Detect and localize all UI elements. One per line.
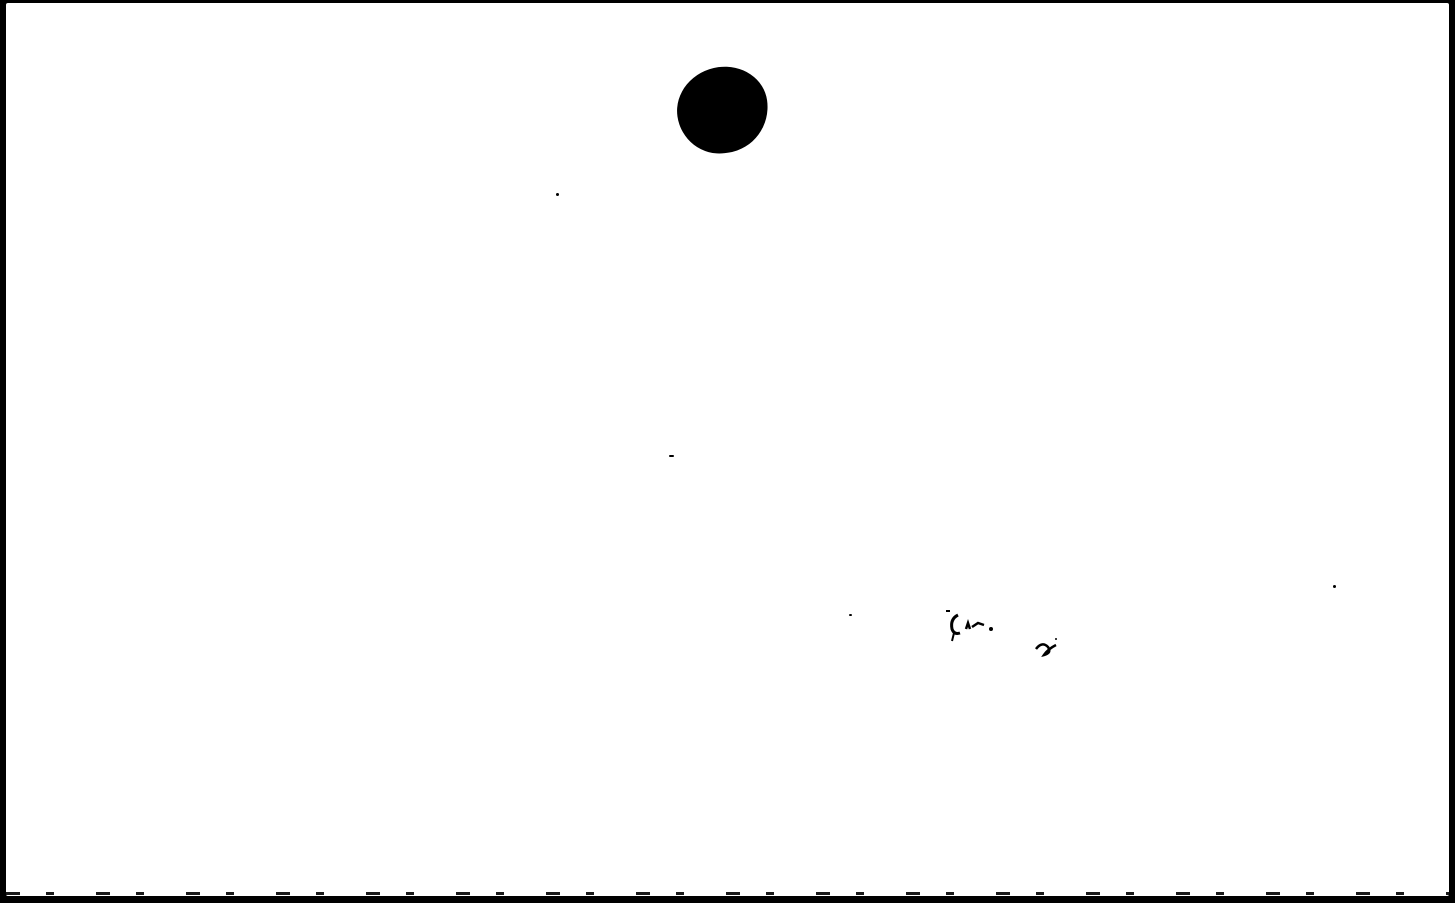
- speck: [556, 193, 559, 196]
- index-card: [6, 3, 1449, 896]
- speck: [849, 614, 852, 616]
- scan-edge-noise: [6, 892, 1449, 895]
- speck: [669, 455, 674, 457]
- handwritten-mark: [936, 603, 1076, 663]
- speck: [1333, 585, 1336, 588]
- punch-hole: [671, 61, 773, 159]
